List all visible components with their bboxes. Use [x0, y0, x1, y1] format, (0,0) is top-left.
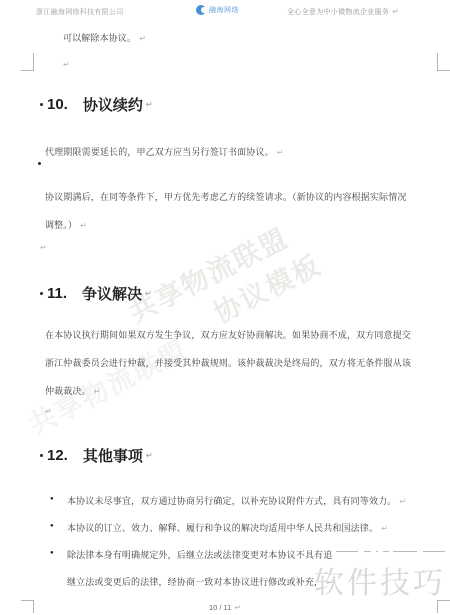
paragraph-mark-icon: ↵: [45, 407, 52, 416]
bullet-icon: ●: [50, 496, 54, 502]
section-title: 其他事项: [83, 445, 143, 466]
list-item: 本协议的订立、效力、解释、履行和争议的解决均适用中华人民共和国法律。↵: [67, 521, 388, 534]
anchor-dot-icon: [38, 162, 41, 165]
redaction-dash: [376, 551, 378, 552]
paragraph-mark-icon: ↵: [399, 497, 406, 506]
bullet-icon: ●: [50, 550, 54, 556]
list-item-text: 本协议未尽事宜，双方通过协商另行确定，以补充协议附件方式，具有同等效力。: [67, 496, 396, 506]
list-item: 本协议未尽事宜，双方通过协商另行确定，以补充协议附件方式，具有同等效力。↵: [67, 494, 406, 507]
header-slogan: 全心全意为中小微物流企业服务↵: [287, 7, 399, 17]
paragraph-mark-icon: ↵: [145, 289, 152, 298]
section-heading-12: 12. 其他事项 ↵: [40, 445, 153, 466]
crop-mark-bottom-left: [21, 600, 33, 601]
paragraph-text: 可以解除本协议。: [63, 33, 136, 43]
section-number: 12.: [47, 447, 68, 464]
section-heading-11: 11. 争议解决 ↵: [40, 283, 152, 304]
header-logo: 融海网络: [196, 5, 239, 15]
paragraph-mark-icon: ↵: [80, 221, 87, 230]
paragraph-line: 浙江仲裁委员会进行仲裁，并接受其仲裁规则。该仲裁裁决是终局的，双方将无条件服从该: [45, 356, 411, 369]
section-title: 争议解决: [82, 283, 142, 304]
paragraph-line: 协议期满后，在同等条件下，甲方优先考虑乙方的续签请求。（新协议的内容根据实际情况: [45, 190, 407, 203]
paragraph-mark-icon: ↵: [392, 7, 399, 16]
paragraph-mark-icon: ↵: [234, 603, 241, 612]
page-number: 10 / 11↵: [0, 603, 450, 612]
crop-mark-top-left: [21, 70, 33, 71]
paragraph-text: 代理期限需要延长的，甲乙双方应当另行签订书面协议。: [45, 147, 274, 157]
paragraph-mark-icon: ↵: [139, 34, 146, 43]
paragraph-line: 仲裁裁决。↵: [45, 384, 101, 397]
paragraph-mark-icon: ↵: [94, 387, 101, 396]
section-title: 协议续约: [83, 94, 143, 115]
list-item: 除法律本身有明确规定外，后继立法或法律变更对本协议不具有追: [67, 548, 332, 561]
logo-text: 融海网络: [209, 5, 239, 15]
bullet-icon: ●: [50, 523, 54, 529]
paragraph-line: 在本协议执行期间如果双方发生争议，双方应友好协商解决。如果协商不成，双方同意提交: [45, 328, 411, 341]
redaction-dash: [364, 551, 371, 552]
page-number-text: 10 / 11: [209, 603, 231, 612]
redaction-dash: [423, 551, 445, 552]
logo-swirl-icon: [196, 5, 206, 15]
document-page: 共享物流联盟 协议模板 共享物流联盟 浙江融海网络科技有限公司 融海网络 全心全…: [0, 0, 450, 615]
list-item-text: 继立法或变更后的法律，经协商一致对本协议进行修改或补充，: [67, 577, 323, 587]
paragraph-mark-icon: ↵: [277, 148, 284, 157]
paragraph-text: 仲裁裁决。: [45, 386, 91, 396]
paragraph-line: 调整。）↵: [45, 218, 87, 231]
paragraph-line: 可以解除本协议。↵: [63, 31, 146, 44]
crop-mark-top-left: [33, 53, 34, 71]
outline-dot-icon: [40, 454, 43, 457]
paragraph-mark-icon: ↵: [381, 524, 388, 533]
list-item: 继立法或变更后的法律，经协商一致对本协议进行修改或补充，↵: [67, 575, 333, 588]
paragraph-mark-icon: ↵: [146, 451, 153, 460]
paragraph-text: 调整。）: [45, 220, 77, 230]
paragraph-mark-icon: ↵: [146, 100, 153, 109]
paragraph-mark-icon: ↵: [40, 243, 47, 252]
list-item-text: 本协议的订立、效力、解释、履行和争议的解决均适用中华人民共和国法律。: [67, 523, 378, 533]
redaction-dash: [336, 551, 358, 552]
header-company-name: 浙江融海网络科技有限公司: [36, 7, 124, 17]
section-number: 10.: [47, 96, 68, 113]
crop-mark-top-right: [438, 70, 450, 71]
header-slogan-text: 全心全意为中小微物流企业服务: [287, 9, 389, 16]
section-heading-10: 10. 协议续约 ↵: [40, 94, 153, 115]
paragraph-mark-icon: ↵: [63, 60, 70, 69]
section-number: 11.: [47, 285, 67, 302]
outline-dot-icon: [40, 292, 43, 295]
paragraph-line: 代理期限需要延长的，甲乙双方应当另行签订书面协议。↵: [45, 145, 284, 158]
overlay-caption: 软件技巧: [314, 558, 446, 602]
crop-mark-top-right: [437, 53, 438, 71]
outline-dot-icon: [40, 103, 43, 106]
redaction-dash: [393, 551, 417, 552]
redaction-dash: [383, 551, 389, 552]
